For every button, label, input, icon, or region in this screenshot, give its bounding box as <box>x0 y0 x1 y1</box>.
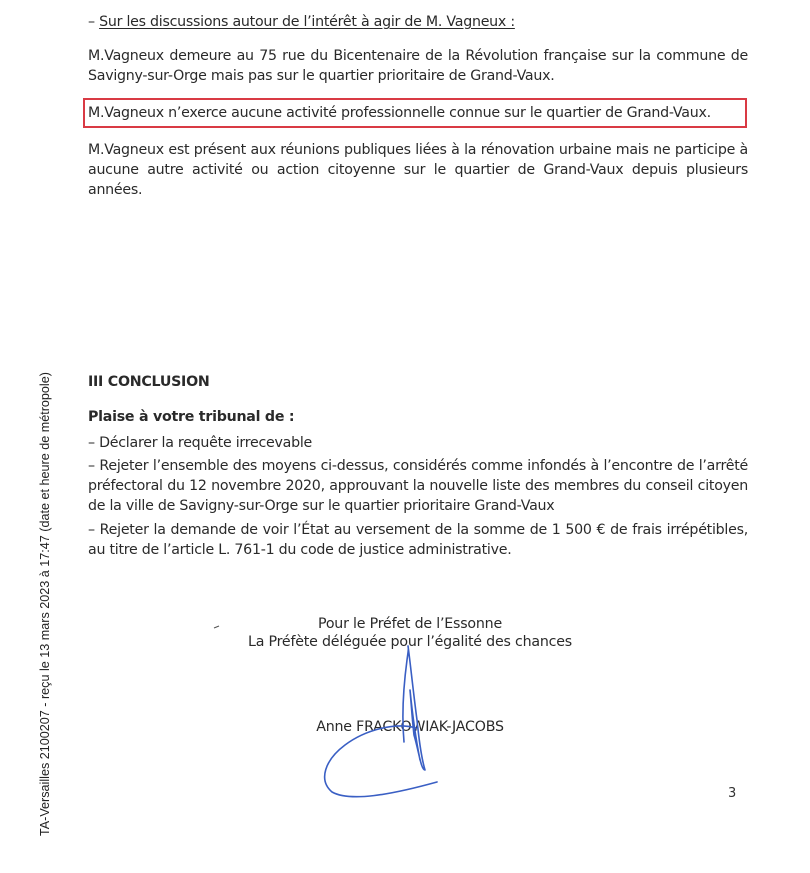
conclusion-item: – Rejeter l’ensemble des moyens ci-dessu… <box>88 456 748 516</box>
paragraph-meetings: M.Vagneux est présent aux réunions publi… <box>88 140 748 200</box>
conclusion-item: – Déclarer la requête irrecevable <box>88 433 748 453</box>
conclusion-item: – Rejeter la demande de voir l’État au v… <box>88 520 748 560</box>
conclusion-lead: Plaise à votre tribunal de : <box>88 407 748 427</box>
heading-text: Sur les discussions autour de l’intérêt … <box>99 14 515 30</box>
page-number: 3 <box>728 786 736 801</box>
signatory-name: Anne FRACKOWIAK-JACOBS <box>200 717 620 737</box>
conclusion-title: III CONCLUSION <box>88 372 748 392</box>
heading-dash: – <box>88 14 99 30</box>
section-heading: – Sur les discussions autour de l’intérê… <box>88 12 748 32</box>
signature-line-2: La Préfète déléguée pour l’égalité des c… <box>200 632 620 652</box>
registry-stamp: TA-Versailles 2100207 - reçu le 13 mars … <box>38 372 52 836</box>
document-page: TA-Versailles 2100207 - reçu le 13 mars … <box>0 0 810 873</box>
paragraph-activity: M.Vagneux n’exerce aucune activité profe… <box>88 103 748 123</box>
paragraph-residence: M.Vagneux demeure au 75 rue du Bicentena… <box>88 46 748 86</box>
signature-line-1: Pour le Préfet de l’Essonne <box>200 614 620 634</box>
